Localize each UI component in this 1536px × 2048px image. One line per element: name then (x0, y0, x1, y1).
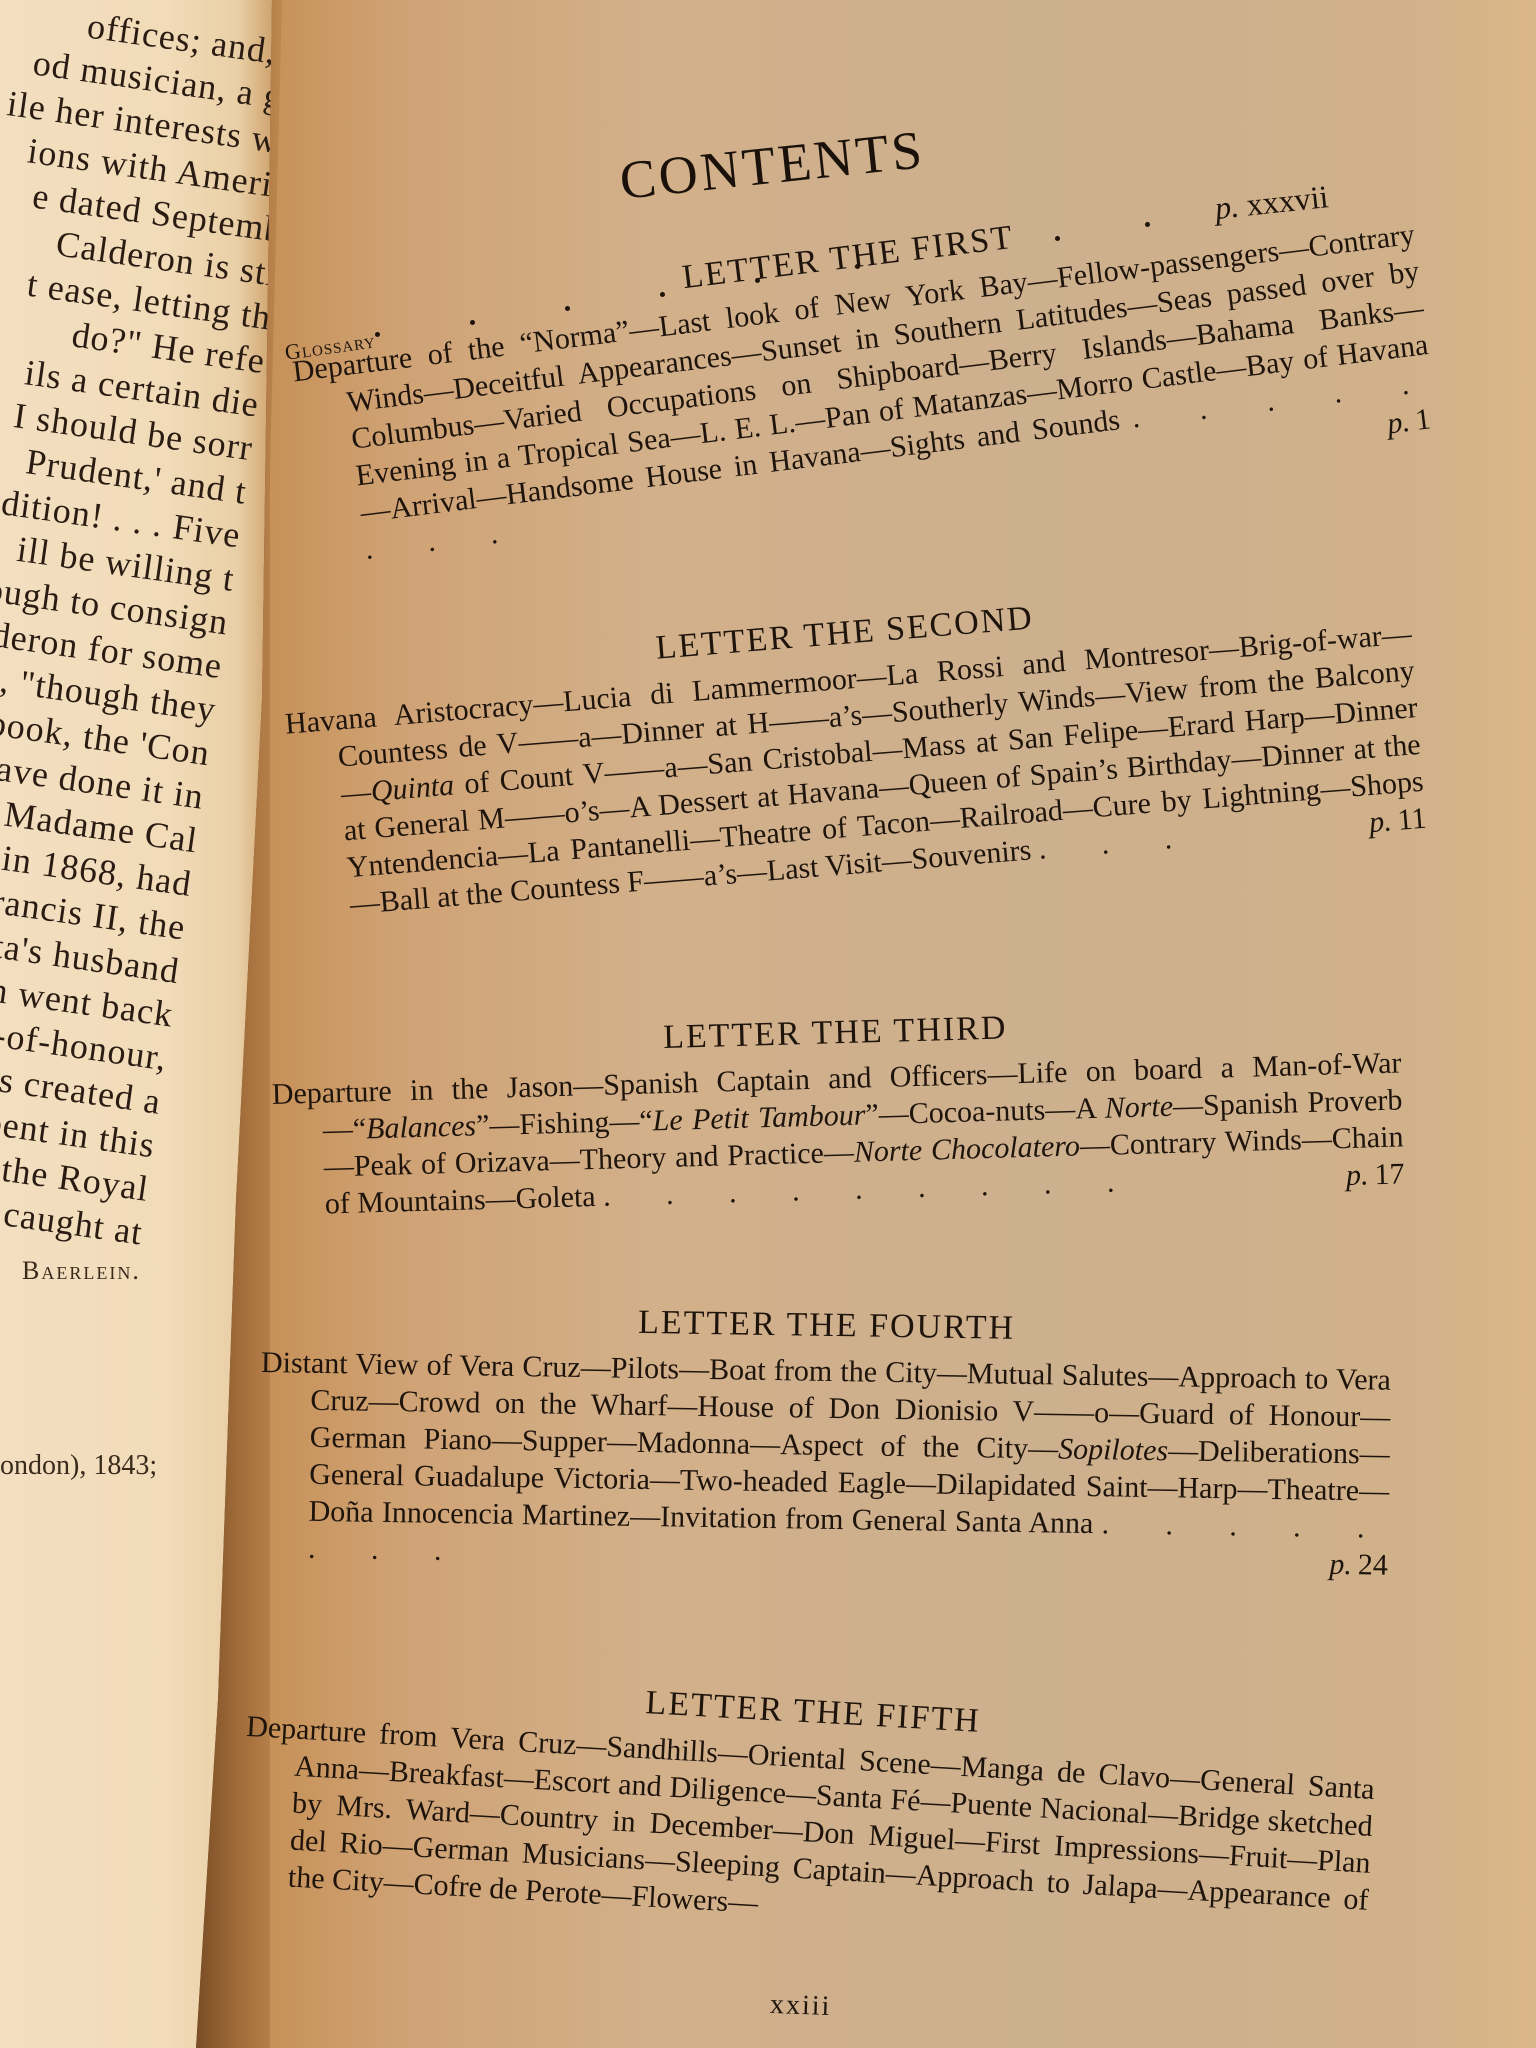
page-prefix: p. (1346, 1158, 1369, 1192)
page-number: 1 (1414, 402, 1433, 437)
contents-entry-letter-2: LETTER THE SECOND Havana Aristocracy—Luc… (280, 569, 1428, 927)
contents-entry-letter-5: LETTER THE FIFTH Departure from Vera Cru… (237, 1662, 1378, 1956)
page-ref: p.24 (1379, 1547, 1388, 1584)
letter-summary: Departure in the Jason—Spanish Captain a… (271, 1044, 1405, 1223)
summary-italic: Balances (366, 1109, 477, 1145)
page-prefix: p. (1385, 405, 1411, 440)
contents-entry-letter-4: LETTER THE FOURTH Distant View of Vera C… (258, 1298, 1392, 1584)
contents-entry-letter-3: LETTER THE THIRD Departure in the Jason—… (270, 998, 1405, 1223)
letter-summary: Distant View of Vera Cruz—Pilots—Boat fr… (258, 1344, 1391, 1584)
page-ref: p.1 (1435, 400, 1440, 437)
summary-italic: Norte Chocolatero (853, 1129, 1080, 1168)
page-number: 17 (1374, 1157, 1405, 1191)
dot-leader: . . . (1037, 820, 1197, 866)
page-ref: p.17 (1395, 1155, 1405, 1192)
summary-text: ”—Cocoa-nuts—A (865, 1092, 1105, 1132)
letter-heading: LETTER THE FOURTH (261, 1298, 1391, 1354)
contents-page: CONTENTS Glossary p. xxxvii LETTER THE F… (0, 0, 1536, 2048)
summary-italic: Sopilotes (1058, 1433, 1169, 1468)
page-number-folio: xxiii (769, 1989, 831, 2023)
page-ref: p.11 (1418, 800, 1428, 837)
page-prefix: p. (1368, 804, 1393, 839)
summary-text: ”—Fishing—“ (476, 1104, 654, 1142)
page-number: 11 (1396, 802, 1427, 837)
page-number: 24 (1358, 1548, 1389, 1581)
summary-italic: Norte (1104, 1090, 1173, 1125)
summary-italic: Le Petit Tambour (652, 1098, 866, 1137)
page-prefix: p. (1329, 1548, 1352, 1581)
summary-italic: Quinta (370, 769, 456, 809)
